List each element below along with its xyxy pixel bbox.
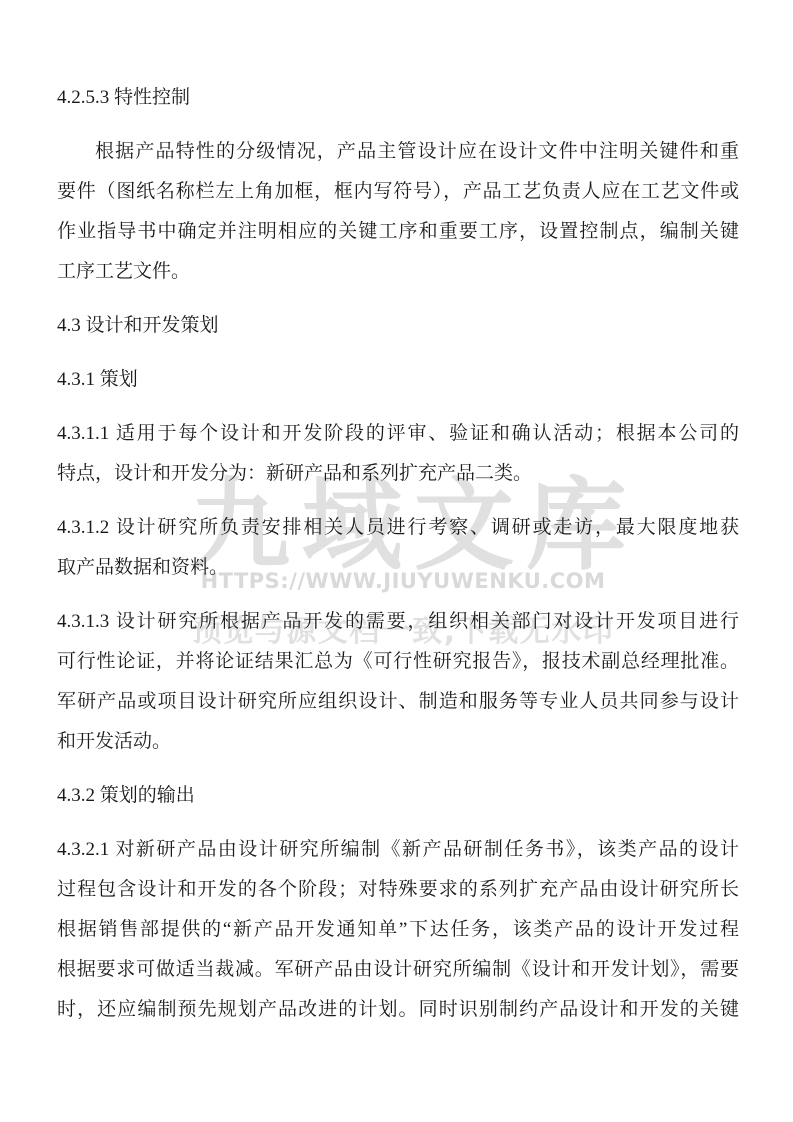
section-heading: 4.2.5.3 特性控制	[57, 78, 739, 118]
paragraph: 4.3.1.1 适用于每个设计和开发阶段的评审、验证和确认活动；根据本公司的特点…	[57, 414, 739, 494]
text-line: 4.3.1 策划	[57, 360, 739, 400]
section-heading: 4.3.1 策划	[57, 360, 739, 400]
text-line: 根据产品特性的分级情况，产品主管设计应在设计文件中注明关键件和重	[57, 132, 739, 172]
section-heading: 4.3 设计和开发策划	[57, 306, 739, 346]
paragraph: 4.3.2.1 对新研产品由设计研究所编制《新产品研制任务书》，该类产品的设计过…	[57, 830, 739, 1030]
document-body: 4.2.5.3 特性控制根据产品特性的分级情况，产品主管设计应在设计文件中注明关…	[57, 78, 739, 1030]
paragraph: 4.3.1.2 设计研究所负责安排相关人员进行考察、调研或走访，最大限度地获取产…	[57, 508, 739, 588]
text-line: 要件（图纸名称栏左上角加框，框内写符号），产品工艺负责人应在工艺文件或	[57, 172, 739, 212]
text-line: 4.3.1.1 适用于每个设计和开发阶段的评审、验证和确认活动；根据本公司的	[57, 414, 739, 454]
text-line: 可行性论证，并将论证结果汇总为《可行性研究报告》，报技术副总经理批准。	[57, 642, 739, 682]
paragraph: 4.3.1.3 设计研究所根据产品开发的需要，组织相关部门对设计开发项目进行可行…	[57, 602, 739, 762]
text-line: 特点，设计和开发分为：新研产品和系列扩充产品二类。	[57, 454, 739, 494]
text-line: 根据要求可做适当裁减。军研产品由设计研究所编制《设计和开发计划》，需要	[57, 950, 739, 990]
text-line: 4.3 设计和开发策划	[57, 306, 739, 346]
text-line: 4.3.1.2 设计研究所负责安排相关人员进行考察、调研或走访，最大限度地获	[57, 508, 739, 548]
text-line: 工序工艺文件。	[57, 252, 739, 292]
text-line: 根据销售部提供的“新产品开发通知单”下达任务，该类产品的设计开发过程	[57, 910, 739, 950]
text-line: 过程包含设计和开发的各个阶段；对特殊要求的系列扩充产品由设计研究所长	[57, 870, 739, 910]
text-line: 军研产品或项目设计研究所应组织设计、制造和服务等专业人员共同参与设计	[57, 682, 739, 722]
text-line: 和开发活动。	[57, 722, 739, 762]
text-line: 取产品数据和资料。	[57, 548, 739, 588]
document-page: 九域文库 HTTPS://WWW.JIUYUWENKU.COM 预览与源文档一致…	[0, 0, 793, 1122]
text-line: 4.2.5.3 特性控制	[57, 78, 739, 118]
text-line: 4.3.1.3 设计研究所根据产品开发的需要，组织相关部门对设计开发项目进行	[57, 602, 739, 642]
section-heading: 4.3.2 策划的输出	[57, 776, 739, 816]
text-line: 4.3.2 策划的输出	[57, 776, 739, 816]
text-line: 4.3.2.1 对新研产品由设计研究所编制《新产品研制任务书》，该类产品的设计	[57, 830, 739, 870]
paragraph: 根据产品特性的分级情况，产品主管设计应在设计文件中注明关键件和重要件（图纸名称栏…	[57, 132, 739, 292]
text-line: 时，还应编制预先规划产品改进的计划。同时识别制约产品设计和开发的关键	[57, 990, 739, 1030]
text-line: 作业指导书中确定并注明相应的关键工序和重要工序，设置控制点，编制关键	[57, 212, 739, 252]
